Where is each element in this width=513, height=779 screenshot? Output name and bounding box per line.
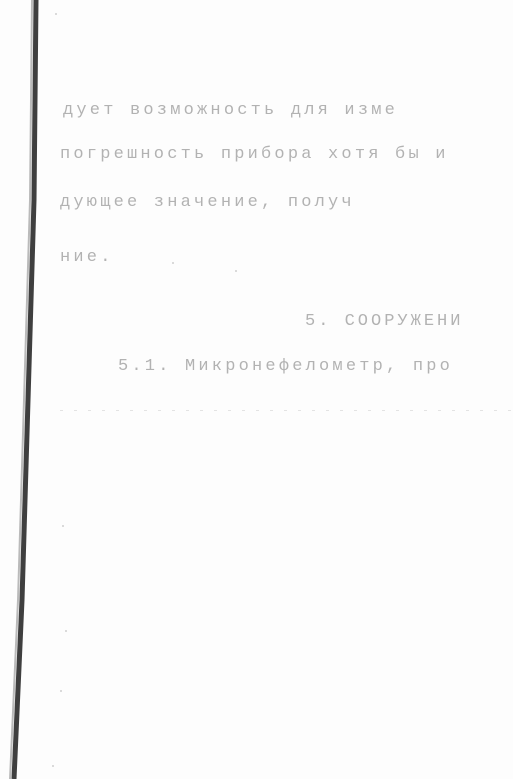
text-line-2: погрешность прибора хотя бы и (60, 145, 449, 164)
scan-speck (172, 262, 174, 264)
faint-dotted-line (60, 410, 513, 411)
text-line-1: дует возможность для изме (63, 101, 398, 120)
scanned-page: дует возможность для изме погрешность пр… (0, 0, 513, 779)
scan-speck (235, 270, 237, 272)
section-heading: 5. СООРУЖЕНИ (305, 312, 463, 331)
scan-speck (62, 525, 64, 527)
scan-speck (55, 13, 57, 15)
text-line-3: дующее значение, получ (60, 193, 355, 212)
scan-speck (65, 630, 67, 632)
text-line-4: ние. (60, 248, 114, 267)
scan-speck (52, 765, 54, 767)
text-line-subsection: 5.1. Микронефелометр, про (118, 357, 453, 376)
scan-speck (60, 690, 62, 692)
